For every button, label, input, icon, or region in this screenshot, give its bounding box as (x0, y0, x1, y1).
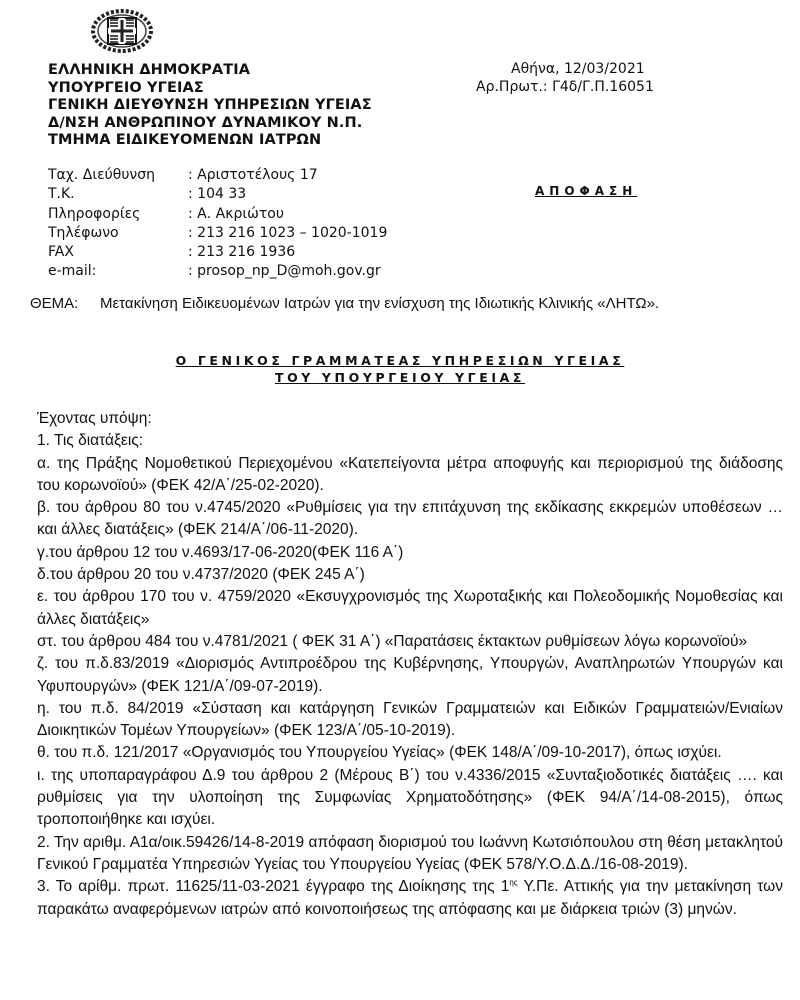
clause-1a: α. της Πράξης Νομοθετικού Περιεχομένου «… (37, 453, 783, 498)
clause-1e: ε. του άρθρου 170 του ν. 4759/2020 «Εκσυ… (37, 586, 783, 631)
clause-3: 3. Το αρίθμ. πρωτ. 11625/11-03-2021 έγγρ… (37, 876, 783, 921)
contact-row: e-mail:: prosop_np_D@moh.gov.gr (48, 262, 387, 281)
subject-text: Μετακίνηση Ειδικευομένων Ιατρών για την … (100, 293, 782, 315)
contact-details: Ταχ. Διεύθυνση: Αριστοτέλους 17 Τ.Κ.: 10… (48, 166, 387, 282)
clause-1c: γ.του άρθρου 12 του ν.4693/17-06-2020(ΦΕ… (37, 542, 783, 564)
contact-value: : 213 216 1023 – 1020-1019 (188, 224, 387, 243)
contact-label: Ταχ. Διεύθυνση (48, 166, 188, 185)
clause-1i: ι. της υποπαραγράφου Δ.9 του άρθρου 2 (Μ… (37, 765, 783, 832)
document-meta: Αθήνα, 12/03/2021 Αρ.Πρωτ.: Γ4δ/Γ.Π.1605… (476, 60, 654, 96)
contact-label: Τ.Κ. (48, 185, 188, 204)
greek-coat-of-arms-icon (90, 8, 154, 54)
contact-row: Ταχ. Διεύθυνση: Αριστοτέλους 17 (48, 166, 387, 185)
clause-2: 2. Την αριθμ. Α1α/οικ.59426/14-8-2019 απ… (37, 832, 783, 877)
decision-title: ΑΠΟΦΑΣΗ (535, 184, 637, 198)
contact-label: FAX (48, 243, 188, 262)
clause-1d: δ.του άρθρου 20 του ν.4737/2020 (ΦΕΚ 245… (37, 564, 783, 586)
authority-heading: Ο ΓΕΝΙΚΟΣ ΓΡΑΜΜΑΤΕΑΣ ΥΠΗΡΕΣΙΩΝ ΥΓΕΙΑΣ ΤΟ… (0, 352, 800, 386)
document-body: Έχοντας υπόψη: 1. Τις διατάξεις: α. της … (37, 408, 783, 921)
org-line: ΓΕΝΙΚΗ ΔΙΕΥΘΥΝΣΗ ΥΠΗΡΕΣΙΩΝ ΥΓΕΙΑΣ (48, 97, 372, 115)
contact-label: e-mail: (48, 262, 188, 281)
contact-value: : 213 216 1936 (188, 243, 295, 262)
contact-row: Τ.Κ.: 104 33 (48, 185, 387, 204)
contact-value: : Α. Ακριώτου (188, 205, 284, 224)
clause-1b: β. του άρθρου 80 του ν.4745/2020 «Ρυθμίσ… (37, 497, 783, 542)
clause-1z: ζ. του π.δ.83/2019 «Διορισμός Αντιπροέδρ… (37, 653, 783, 698)
ordinal-superscript: ης (509, 878, 517, 887)
contact-row: FAX: 213 216 1936 (48, 243, 387, 262)
heading-line-2: ΤΟΥ ΥΠΟΥΡΓΕΙΟΥ ΥΓΕΙΑΣ (275, 370, 525, 385)
clause-3-text: 3. Το αρίθμ. πρωτ. 11625/11-03-2021 έγγρ… (37, 878, 509, 895)
clause-1: 1. Τις διατάξεις: (37, 430, 783, 452)
subject: ΘΕΜΑ: Μετακίνηση Ειδικευομένων Ιατρών γι… (30, 293, 782, 315)
intro: Έχοντας υπόψη: (37, 408, 783, 430)
contact-value: : 104 33 (188, 185, 246, 204)
document-date: Αθήνα, 12/03/2021 (476, 60, 654, 78)
contact-label: Πληροφορίες (48, 205, 188, 224)
org-line: ΕΛΛΗΝΙΚΗ ΔΗΜΟΚΡΑΤΙΑ (48, 62, 372, 80)
contact-value: : Αριστοτέλους 17 (188, 166, 318, 185)
contact-label: Τηλέφωνο (48, 224, 188, 243)
contact-email: : prosop_np_D@moh.gov.gr (188, 262, 381, 281)
subject-label: ΘΕΜΑ: (30, 293, 100, 315)
clause-1th: θ. του π.δ. 121/2017 «Οργανισμός του Υπο… (37, 742, 783, 764)
org-line: ΤΜΗΜΑ ΕΙΔΙΚΕΥΟΜΕΝΩΝ ΙΑΤΡΩΝ (48, 132, 372, 150)
org-line: Δ/ΝΣΗ ΑΝΘΡΩΠΙΝΟΥ ΔΥΝΑΜΙΚΟΥ Ν.Π. (48, 115, 372, 133)
contact-row: Πληροφορίες: Α. Ακριώτου (48, 205, 387, 224)
protocol-number: Αρ.Πρωτ.: Γ4δ/Γ.Π.16051 (476, 78, 654, 96)
heading-line-1: Ο ΓΕΝΙΚΟΣ ΓΡΑΜΜΑΤΕΑΣ ΥΠΗΡΕΣΙΩΝ ΥΓΕΙΑΣ (176, 353, 625, 368)
clause-1h: η. του π.δ. 84/2019 «Σύσταση και κατάργη… (37, 698, 783, 743)
clause-1st: στ. του άρθρου 484 του ν.4781/2021 ( ΦΕΚ… (37, 631, 783, 653)
org-line: ΥΠΟΥΡΓΕΙΟ ΥΓΕΙΑΣ (48, 80, 372, 98)
contact-row: Τηλέφωνο: 213 216 1023 – 1020-1019 (48, 224, 387, 243)
issuing-organization: ΕΛΛΗΝΙΚΗ ΔΗΜΟΚΡΑΤΙΑ ΥΠΟΥΡΓΕΙΟ ΥΓΕΙΑΣ ΓΕΝ… (48, 62, 372, 150)
